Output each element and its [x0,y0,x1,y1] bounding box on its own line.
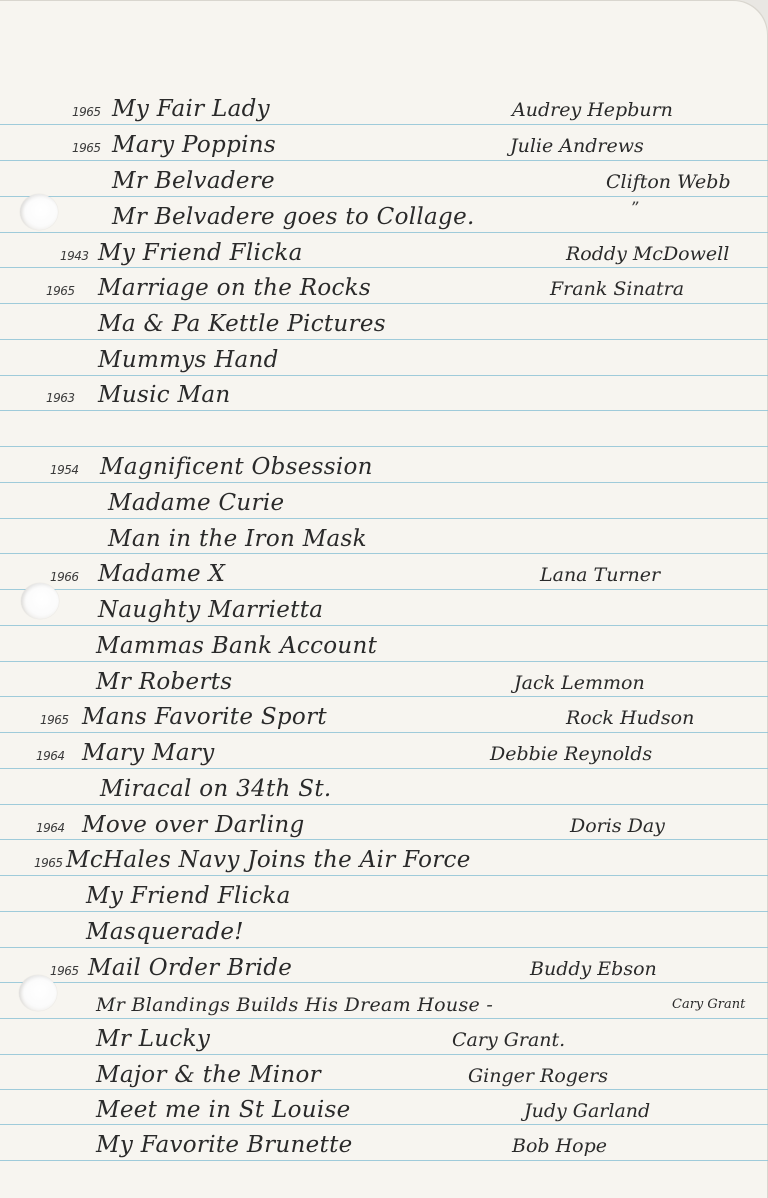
list-item: Masquerade! [0,911,768,947]
movie-title: Mail Order Bride [88,955,292,981]
year: 1963 [46,391,75,405]
list-item: Meet me in St Louise Judy Garland [0,1089,768,1125]
list-item: 1965 Mans Favorite Sport Rock Hudson [0,696,768,732]
movie-title: Madame Curie [108,490,284,516]
year: 1954 [50,463,79,477]
year: 1965 [46,284,75,298]
movie-title: Ma & Pa Kettle Pictures [98,311,386,337]
list-item: 1954 Magnificent Obsession [0,446,768,482]
list-item: 1965 My Fair Lady Audrey Hepburn [0,88,768,124]
movie-title: My Favorite Brunette [96,1132,353,1158]
notebook-page: 1965 My Fair Lady Audrey Hepburn 1965 Ma… [0,0,768,1198]
list-item: 1965 McHales Navy Joins the Air Force [0,839,768,875]
list-item: Man in the Iron Mask [0,518,768,554]
movie-title: McHales Navy Joins the Air Force [66,847,471,873]
movie-title: Mummys Hand [98,347,279,373]
actor-name: Ginger Rogers [468,1065,608,1087]
list-item: Naughty Marrietta [0,589,768,625]
actor-name: Audrey Hepburn [512,99,673,121]
movie-title: Mr Lucky [96,1026,210,1052]
movie-title: Madame X [98,561,225,587]
movie-title: Mr Belvadere [112,168,275,194]
list-item: 1965 Marriage on the Rocks Frank Sinatra [0,267,768,303]
list-item: My Favorite Brunette Bob Hope [0,1124,768,1160]
ruled-line [0,1160,768,1161]
list-item: Madame Curie [0,482,768,518]
actor-name: Clifton Webb [606,171,731,193]
actor-name: Buddy Ebson [530,958,657,980]
list-item: My Friend Flicka [0,875,768,911]
actor-name: Frank Sinatra [550,278,684,300]
list-item: Mr Belvadere Clifton Webb [0,160,768,196]
movie-title: Masquerade! [86,919,244,945]
movie-title: Move over Darling [82,812,305,838]
actor-name: Jack Lemmon [514,672,645,694]
actor-name: Rock Hudson [566,707,694,729]
movie-title: Miracal on 34th St. [100,776,332,802]
actor-name: Julie Andrews [510,135,644,157]
list-item: Mr Blandings Builds His Dream House - Ca… [0,982,768,1018]
actor-name: Bob Hope [512,1135,607,1157]
actor-name: Cary Grant [672,997,745,1012]
year: 1965 [34,856,63,870]
actor-name: Cary Grant. [452,1029,565,1051]
list-item: Mr Lucky Cary Grant. [0,1018,768,1054]
movie-title: Man in the Iron Mask [108,526,367,552]
movie-title: Mans Favorite Sport [82,704,327,730]
list-item: 1965 Mail Order Bride Buddy Ebson [0,947,768,983]
year: 1943 [60,249,89,263]
movie-title: Marriage on the Rocks [98,275,371,301]
list-item: 1965 Mary Poppins Julie Andrews [0,124,768,160]
actor-name: Roddy McDowell [566,243,729,265]
movie-title: Mary Mary [82,740,215,766]
movie-title: Mr Belvadere goes to Collage. [112,204,475,230]
list-item: Ma & Pa Kettle Pictures [0,303,768,339]
movie-title: Mary Poppins [112,132,276,158]
year: 1965 [40,713,69,727]
list-item: Mr Roberts Jack Lemmon [0,661,768,697]
list-item: Major & the Minor Ginger Rogers [0,1054,768,1090]
actor-name: Judy Garland [524,1100,650,1122]
year: 1965 [50,964,79,978]
list-item: 1966 Madame X Lana Turner [0,553,768,589]
movie-title: My Friend Flicka [86,883,291,909]
movie-title: My Fair Lady [112,96,270,122]
year: 1965 [72,141,101,155]
actor-name: Debbie Reynolds [490,743,652,765]
list-item: Mummys Hand [0,339,768,375]
movie-title: Major & the Minor [96,1062,321,1088]
ruled-line [0,410,768,411]
year: 1964 [36,749,65,763]
movie-title: Mr Roberts [96,669,232,695]
year: 1964 [36,821,65,835]
year: 1965 [72,105,101,119]
list-item: Mr Belvadere goes to Collage. ” [0,196,768,232]
movie-title: Magnificent Obsession [100,454,373,480]
year: 1966 [50,570,79,584]
movie-title: Mammas Bank Account [96,633,377,659]
list-item: Mammas Bank Account [0,625,768,661]
movie-title: Music Man [98,382,231,408]
movie-title: Mr Blandings Builds His Dream House - [96,994,493,1016]
list-item: 1963 Music Man [0,374,768,410]
movie-title: My Friend Flicka [98,240,303,266]
list-item: 1943 My Friend Flicka Roddy McDowell [0,232,768,268]
movie-title: Meet me in St Louise [96,1097,351,1123]
actor-name: Lana Turner [540,564,660,586]
list-item: Miracal on 34th St. [0,768,768,804]
actor-name: Doris Day [570,815,665,837]
list-item: 1964 Move over Darling Doris Day [0,804,768,840]
movie-title: Naughty Marrietta [98,597,323,623]
list-item: 1964 Mary Mary Debbie Reynolds [0,732,768,768]
ditto-mark: ” [630,198,638,217]
